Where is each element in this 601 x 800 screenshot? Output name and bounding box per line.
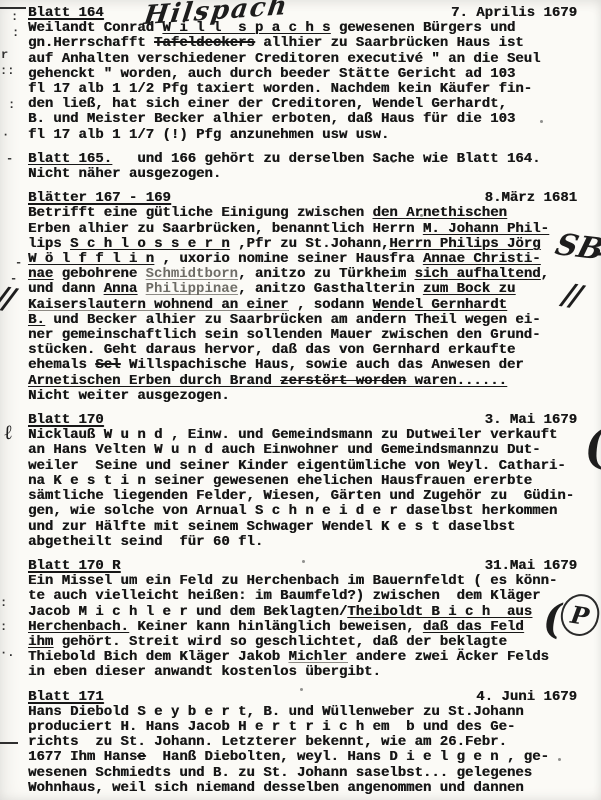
text-segment: zerstört worden <box>280 373 406 389</box>
margin-dash: - <box>15 256 22 270</box>
text-line: und dann Anna Philippinae, anitzo Gastha… <box>28 282 577 297</box>
text-line: auf Anhalten verschiedener Creditoren ex… <box>28 52 577 67</box>
entry-date: 4. Juni 1679 <box>476 690 577 705</box>
text-segment: Betrifft eine gütliche Einigung zwischen <box>28 205 372 221</box>
margin-rule <box>0 742 18 744</box>
text-segment: Nicht näher ausgezogen. <box>28 166 221 182</box>
text-segment: den Arnethischen <box>372 205 506 221</box>
text-segment: na K e s t i n seiner gewesenen eheliche… <box>28 473 532 489</box>
text-segment: B. <box>28 312 45 328</box>
text-line: Herchenbach. Keiner kann hinlänglich bew… <box>28 620 577 635</box>
text-segment: ihm <box>28 634 53 650</box>
text-line: Jacob M i c h l e r und dem Beklagten/Th… <box>28 605 577 620</box>
margin-colon: : <box>8 98 15 112</box>
text-segment: Wohnhaus, weil sich niemand desselben an… <box>28 780 524 796</box>
text-segment: allhier zu Saarbrücken Haus ist <box>255 35 524 51</box>
text-line: Nicht näher ausgezogen. <box>28 167 577 182</box>
text-segment: Sel <box>95 357 120 373</box>
text-line: nae gebohrene Schmidtborn, anitzo zu Tür… <box>28 267 577 282</box>
text-segment: Nicht weiter ausgezogen. <box>28 388 230 404</box>
text-segment: , <box>541 266 549 282</box>
text-segment: Thiebold Bich dem Kläger Jakob <box>28 649 288 665</box>
register-entry: Blatt 170 R31.Mai 1679Ein Missel um ein … <box>28 559 577 681</box>
text-segment: abgetheilt seind für 60 fl. <box>28 534 263 550</box>
handwritten-paren: ( <box>543 596 562 643</box>
text-segment: Keiner kann hinlänglich beweisen, <box>129 619 423 635</box>
text-line: Ein Missel um ein Feld zu Herchenbach im… <box>28 574 577 589</box>
text-segment: Tafeldeckers <box>154 35 255 51</box>
text-segment: Theiboldt B i c h aus <box>347 604 532 620</box>
text-segment: , anitzo zu Türkheim <box>238 266 414 282</box>
entry-heading: Blatt 171 <box>28 690 104 705</box>
text-line: ner gemeinschaftlich sein sollenden Maue… <box>28 328 577 343</box>
text-line: ihm gehört. Streit wird so geschlichtet,… <box>28 635 577 650</box>
text-segment: an Hans Velten W u n d auch Einwohner un… <box>28 442 540 458</box>
text-segment: Hans Diebold S e y b e r t, B. und Wülle… <box>28 704 524 720</box>
entry-heading: Blatt 164 <box>28 6 104 21</box>
text-segment: weiler Seine und seiner Kinder eigentüml… <box>28 458 566 474</box>
text-line: Nicht weiter ausgezogen. <box>28 389 577 404</box>
text-line: fl 17 alb 1 1/2 Pfg taxiert worden. Nach… <box>28 82 577 97</box>
handwritten-dash: - <box>594 240 601 266</box>
text-segment: te auch vielleicht heißen: im Baumfeld?)… <box>28 588 540 604</box>
text-segment: in eben dieser anwandt kostenlos übergib… <box>28 664 381 680</box>
text-segment: M. Johann Phil- <box>423 221 549 237</box>
text-segment: gewesenen Bürgers und <box>330 20 515 36</box>
entry-header: Blatt 1647. Aprilis 1679 <box>28 6 577 21</box>
text-line: Hans Diebold S e y b e r t, B. und Wülle… <box>28 705 577 720</box>
text-segment: nae <box>28 266 53 282</box>
margin-dash: - <box>6 152 13 166</box>
entry-date: 31.Mai 1679 <box>485 559 577 574</box>
text-segment: und zur Hälfte mit seinem Schwager Wende… <box>28 519 515 535</box>
text-line: richts zu St. Johann. Letzterer bekennt,… <box>28 735 577 750</box>
text-segment: ner gemeinschaftlich sein sollenden Maue… <box>28 327 540 343</box>
text-segment: sämtliche liegenden Felder, Wiesen, Gärt… <box>28 488 574 504</box>
text-segment: stücken. Geht daraus hervor, daß das von… <box>28 342 515 358</box>
entry-date: 7. Aprilis 1679 <box>451 6 577 21</box>
entry-heading: Blatt 170 <box>28 413 104 428</box>
text-line: abgetheilt seind für 60 fl. <box>28 535 577 550</box>
entry-heading: Blatt 170 R <box>28 559 120 574</box>
entry-header: Blätter 167 - 1698.März 1681 <box>28 191 577 206</box>
text-segment: Philippinae <box>146 281 238 297</box>
text-line: na K e s t i n seiner gewesenen eheliche… <box>28 474 577 489</box>
text-line: te auch vielleicht heißen: im Baumfeld?)… <box>28 589 577 604</box>
text-line: 1677 Ihm Hanse Hanß Diebolten, weyl. Han… <box>28 750 577 765</box>
text-line: produciert H. Hans Jacob H e r t r i c h… <box>28 720 577 735</box>
text-line: und zur Hälfte mit seinem Schwager Wende… <box>28 520 577 535</box>
text-segment: W ö l f f l i n <box>28 251 154 267</box>
margin-mark: :: <box>0 64 14 78</box>
text-segment: auf Anhalten verschiedener Creditoren ex… <box>28 51 540 67</box>
handwritten-letter-mark: ℓ <box>2 420 14 446</box>
text-segment: S c h l o s s e r n <box>70 236 230 252</box>
register-entry: Blatt 1714. Juni 1679Hans Diebold S e y … <box>28 690 577 796</box>
text-segment: richts zu St. Johann. Letzterer bekennt,… <box>28 734 507 750</box>
entry-date: 8.März 1681 <box>485 191 577 206</box>
text-segment: waren...... <box>406 373 507 389</box>
text-segment: Willspachische Haus, sowie auch das Anwe… <box>120 357 523 373</box>
text-line: fl 17 alb 1 1/7 (!) Pfg anzunehmen usw u… <box>28 128 577 143</box>
paper-speck <box>392 160 395 163</box>
text-segment: , sodann <box>288 297 372 313</box>
text-segment: und 166 gehört zu derselben Sache wie Bl… <box>112 151 540 167</box>
text-line: Betrifft eine gütliche Einigung zwischen… <box>28 206 577 221</box>
text-line: lips S c h l o s s e r n ,Pfr zu St.Joha… <box>28 237 577 252</box>
text-line: Arnetischen Erben durch Brand zerstört w… <box>28 374 577 389</box>
register-entry: Blatt 165. und 166 gehört zu derselben S… <box>28 152 577 182</box>
margin-colon: : <box>0 596 7 610</box>
text-segment: Nicklauß W u n d , Einw. und Gemeindsman… <box>28 427 557 443</box>
text-line: B. und Becker alhier zu Saarbrücken am a… <box>28 313 577 328</box>
text-line: ehemals Sel Willspachische Haus, sowie a… <box>28 358 577 373</box>
text-line: weiler Seine und seiner Kinder eigentüml… <box>28 459 577 474</box>
text-segment <box>137 281 145 297</box>
text-line: stücken. Geht daraus hervor, daß das von… <box>28 343 577 358</box>
text-segment: Michler <box>288 649 347 665</box>
text-segment: zum Bock zu <box>423 281 515 297</box>
text-line: W ö l f f l i n , uxorio nomine seiner H… <box>28 252 577 267</box>
entry-header: Blatt 1703. Mai 1679 <box>28 413 577 428</box>
text-segment: e <box>137 749 145 765</box>
scanned-document-page: Blatt 1647. Aprilis 1679Weilandt Conrad … <box>0 0 601 800</box>
text-line: Blatt 165. und 166 gehört zu derselben S… <box>28 152 577 167</box>
text-segment: gn.Herrschafft <box>28 35 154 51</box>
text-segment: Hanß Diebolten, weyl. Hans D i e l g e n… <box>146 749 549 765</box>
text-segment: B. und Meister Becker alhier erboten, da… <box>28 111 515 127</box>
margin-mark: ·. <box>0 646 14 660</box>
text-segment: Annae Christi- <box>423 251 541 267</box>
text-segment: ,Pfr zu St.Johann, <box>230 236 390 252</box>
text-segment: und dann <box>28 281 104 297</box>
text-segment: Blatt 165. <box>28 151 112 167</box>
paper-speck <box>302 560 305 563</box>
text-line: wesenen Schmiedts und B. zu St. Johann s… <box>28 766 577 781</box>
text-segment: fl 17 alb 1 1/2 Pfg taxiert worden. Nach… <box>28 81 532 97</box>
text-segment: Arnetischen Erben durch Brand <box>28 373 280 389</box>
text-segment: produciert H. Hans Jacob H e r t r i c h… <box>28 719 515 735</box>
text-line: Thiebold Bich dem Kläger Jakob Michler a… <box>28 650 577 665</box>
paper-speck <box>558 758 561 761</box>
text-segment: lips <box>28 236 70 252</box>
text-segment: fl 17 alb 1 1/7 (!) Pfg anzunehmen usw u… <box>28 127 389 143</box>
handwritten-paren: ( <box>582 419 601 475</box>
text-segment: Wendel Gernhardt <box>372 297 506 313</box>
text-segment: daß das Feld <box>423 619 524 635</box>
text-segment: Jacob M i c h l e r und dem Beklagten/ <box>28 604 347 620</box>
margin-dot: · <box>2 128 9 142</box>
text-segment: und Becker alhier zu Saarbrücken am ande… <box>45 312 541 328</box>
text-segment: ehemals <box>28 357 95 373</box>
text-segment: , anitzo Gasthalterin <box>238 281 423 297</box>
text-segment: Anna <box>104 281 138 297</box>
text-segment: Schmidtborn <box>146 266 238 282</box>
paper-speck <box>300 688 303 691</box>
text-line: Kaiserslautern wohnend an einer , sodann… <box>28 298 577 313</box>
margin-colon: : <box>0 620 7 634</box>
text-line: den ließ, hat sich einer der Creditoren,… <box>28 97 577 112</box>
text-segment: gen, wie solche von Arnual S c h n e i d… <box>28 503 557 519</box>
register-entry: Blätter 167 - 1698.März 1681Betrifft ein… <box>28 191 577 404</box>
text-segment: andere zwei Äcker Felds <box>347 649 549 665</box>
register-entry: Blatt 1647. Aprilis 1679Weilandt Conrad … <box>28 6 577 143</box>
text-segment: , uxorio nomine seiner Hausfra <box>154 251 423 267</box>
entry-header: Blatt 1714. Juni 1679 <box>28 690 577 705</box>
text-segment: Erben alhier zu Saarbrücken, benanntlich… <box>28 221 423 237</box>
text-line: gn.Herrschafft Tafeldeckers allhier zu S… <box>28 36 577 51</box>
text-line: gehenckt " worden, auch durch beeder Stä… <box>28 67 577 82</box>
margin-colon: : <box>11 10 18 24</box>
text-line: B. und Meister Becker alhier erboten, da… <box>28 112 577 127</box>
entry-date: 3. Mai 1679 <box>485 413 577 428</box>
text-segment: gehenckt " worden, auch durch beeder Stä… <box>28 66 515 82</box>
entry-heading: Blätter 167 - 169 <box>28 191 171 206</box>
text-segment: Kaiserslautern wohnend an einer <box>28 297 288 313</box>
text-segment: gehört. Streit wird so geschlichtet, daß… <box>53 634 507 650</box>
text-line: Wohnhaus, weil sich niemand desselben an… <box>28 781 577 796</box>
text-line: gen, wie solche von Arnual S c h n e i d… <box>28 504 577 519</box>
paper-speck <box>420 214 423 217</box>
text-segment: den ließ, hat sich einer der Creditoren,… <box>28 96 507 112</box>
text-segment: wesenen Schmiedts und B. zu St. Johann s… <box>28 765 532 781</box>
text-line: an Hans Velten W u n d auch Einwohner un… <box>28 443 577 458</box>
margin-rule <box>0 7 26 9</box>
text-segment: 1677 Ihm Hans <box>28 749 137 765</box>
text-segment: gebohrene <box>53 266 145 282</box>
paper-speck <box>540 120 543 123</box>
text-segment: sich aufhaltend <box>415 266 541 282</box>
text-segment: Herchenbach. <box>28 619 129 635</box>
margin-colon: : <box>12 26 19 40</box>
margin-dash: - <box>10 272 17 286</box>
text-segment: Herrn Philips Jörg <box>389 236 540 252</box>
text-line: Nicklauß W u n d , Einw. und Gemeindsman… <box>28 428 577 443</box>
text-line: in eben dieser anwandt kostenlos übergib… <box>28 665 577 680</box>
register-entry: Blatt 1703. Mai 1679Nicklauß W u n d , E… <box>28 413 577 550</box>
text-line: Erben alhier zu Saarbrücken, benanntlich… <box>28 222 577 237</box>
text-line: sämtliche liegenden Felder, Wiesen, Gärt… <box>28 489 577 504</box>
document-text: Blatt 1647. Aprilis 1679Weilandt Conrad … <box>28 6 577 800</box>
text-line: Weilandt Conrad W i l l s p a c h s gewe… <box>28 21 577 36</box>
text-segment: Ein Missel um ein Feld zu Herchenbach im… <box>28 573 557 589</box>
margin-mark: r <box>1 48 8 62</box>
